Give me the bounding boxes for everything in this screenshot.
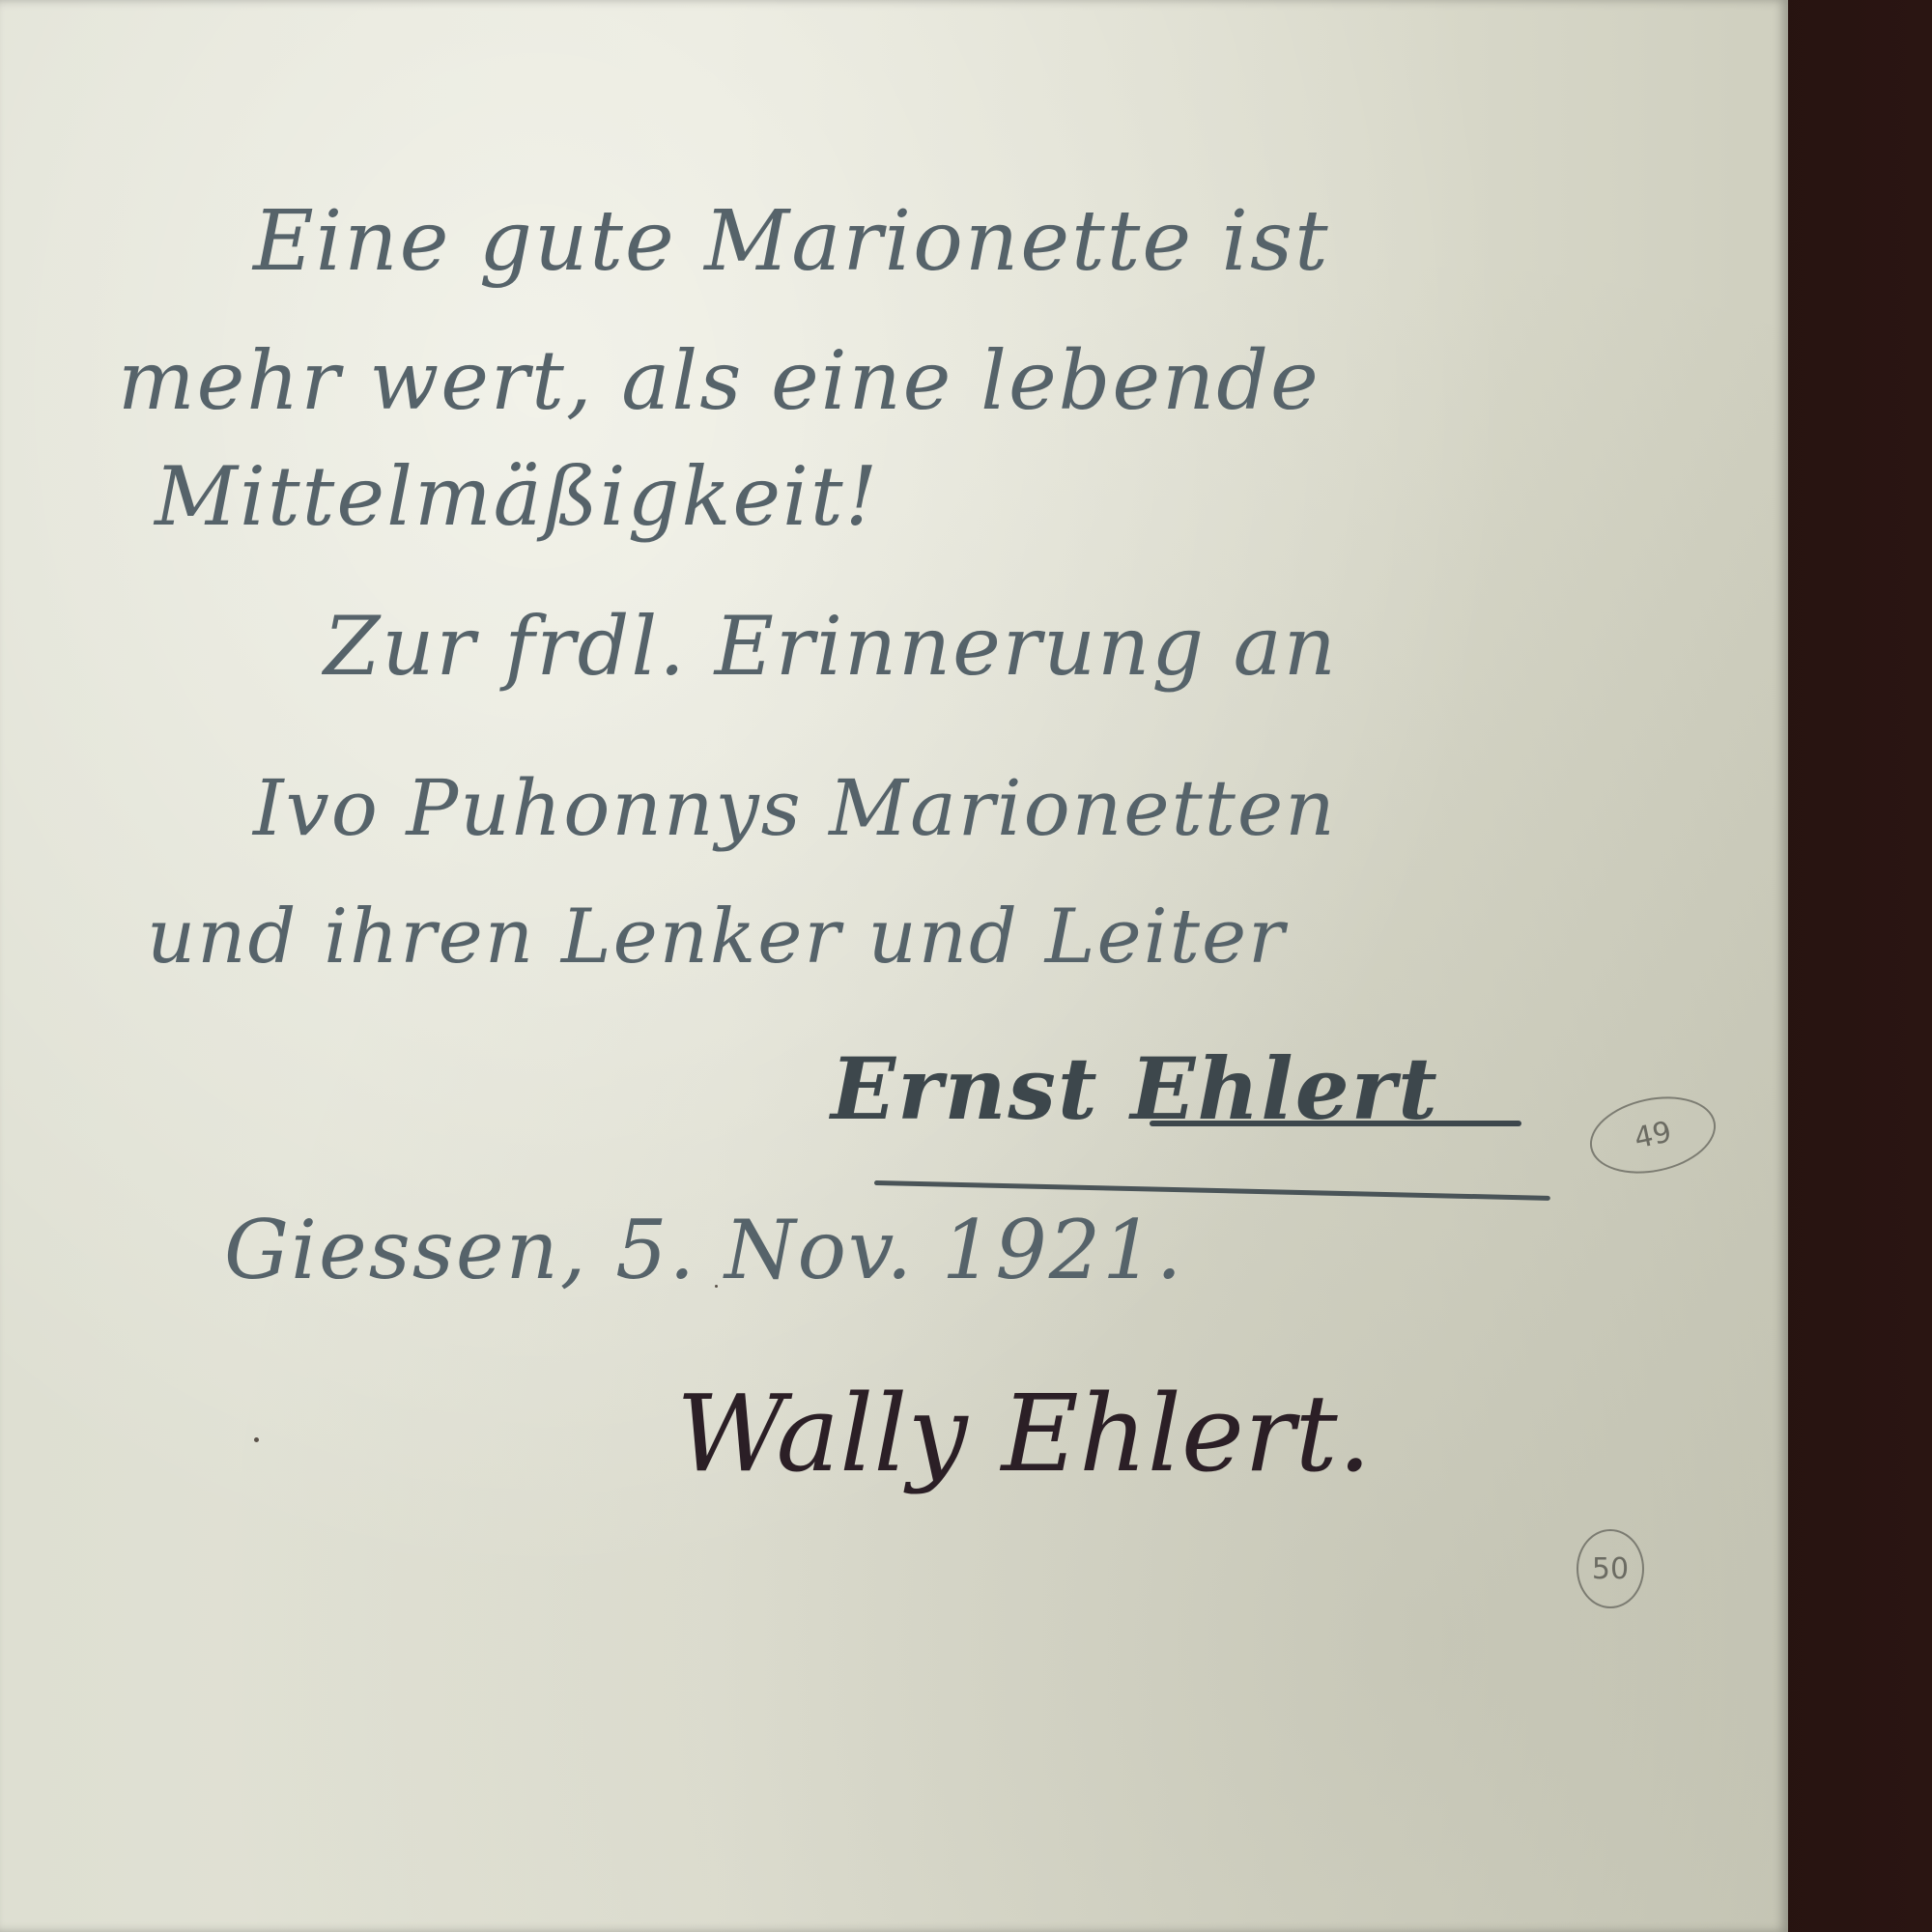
text-line-2: mehr wert, als eine lebende [118,333,1321,428]
ink-speck [254,1437,259,1442]
text-line-6: und ihren Lenker und Leiter [147,894,1286,980]
page-number-circled-50: 50 [1577,1529,1644,1608]
page-number-circled-49: 49 [1583,1086,1723,1184]
text-line-5: Ivo Puhonnys Marionetten [253,763,1337,853]
signature-underline [1150,1121,1521,1126]
ink-speck [715,1285,718,1288]
signature-wally-ehlert: Wally Ehlert. [676,1372,1372,1495]
text-line-1: Eine gute Marionette ist [253,193,1330,290]
photo-scene: Eine gute Marionette ist mehr wert, als … [0,0,1932,1932]
text-line-4: Zur frdl. Erinnerung an [324,599,1338,694]
wood-background [1788,0,1932,1932]
guestbook-page: Eine gute Marionette ist mehr wert, als … [0,0,1788,1932]
text-line-3: Mittelmäßigkeit! [155,449,879,544]
place-date: Giessen, 5. Nov. 1921. [224,1203,1183,1297]
divider-rule [874,1180,1550,1201]
